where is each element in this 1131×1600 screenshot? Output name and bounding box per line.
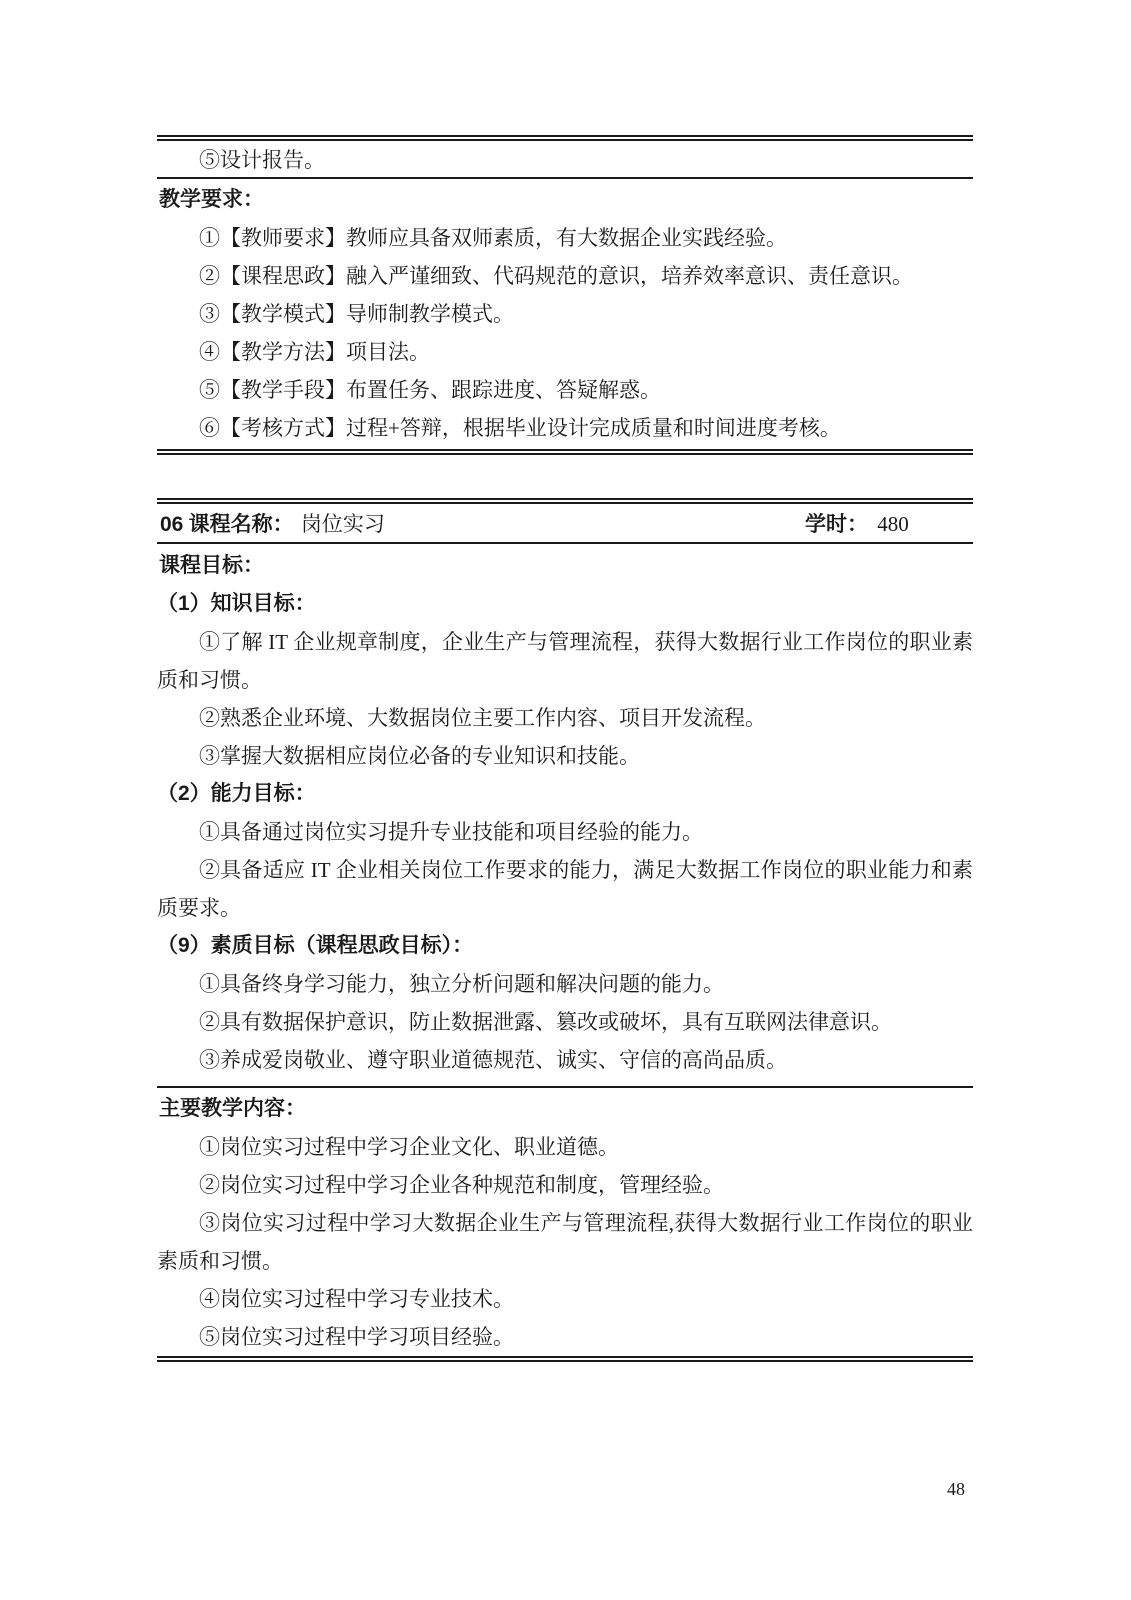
- ability-objectives-title: （2）能力目标：: [157, 775, 973, 813]
- teaching-content-row: 主要教学内容： ①岗位实习过程中学习企业文化、职业道德。 ②岗位实习过程中学习企…: [157, 1088, 973, 1356]
- course-table-previous: ⑤设计报告。 教学要求： ①【教师要求】教师应具备双师素质，有大数据企业实践经验…: [157, 135, 973, 455]
- course-name-value: 岗位实习: [301, 512, 385, 536]
- course-objectives-row: 课程目标： （1）知识目标： ①了解 IT 企业规章制度，企业生产与管理流程，获…: [157, 544, 973, 1088]
- teaching-requirement-item: ⑤【教学手段】布置任务、跟踪进度、答疑解惑。: [157, 371, 973, 409]
- teaching-content-item: ②岗位实习过程中学习企业各种规范和制度，管理经验。: [157, 1166, 973, 1204]
- teaching-requirement-item: ⑥【考核方式】过程+答辩，根据毕业设计完成质量和时间进度考核。: [157, 409, 973, 447]
- teaching-content-heading: 主要教学内容：: [157, 1090, 973, 1128]
- page-number: 48: [941, 1477, 971, 1501]
- section-gap: [157, 455, 973, 498]
- quality-objective-item: ③养成爱岗敬业、遵守职业道德规范、诚实、守信的高尚品质。: [157, 1041, 973, 1079]
- teaching-content-item: ⑤岗位实习过程中学习项目经验。: [157, 1318, 973, 1356]
- hours-label: 学时：: [805, 513, 868, 536]
- quality-objectives-title: （9）素质目标（课程思政目标）：: [157, 927, 973, 965]
- course-hours: 学时： 480: [805, 504, 909, 545]
- knowledge-objectives-title: （1）知识目标：: [157, 585, 973, 623]
- quality-objective-item: ①具备终身学习能力，独立分析问题和解决问题的能力。: [157, 965, 973, 1003]
- quality-objective-item: ②具有数据保护意识，防止数据泄露、篡改或破坏，具有互联网法律意识。: [157, 1003, 973, 1041]
- teaching-requirements-row: 教学要求： ①【教师要求】教师应具备双师素质，有大数据企业实践经验。 ②【课程思…: [157, 179, 973, 449]
- assessment-tail-item: ⑤设计报告。: [157, 141, 973, 179]
- teaching-requirement-item: ③【教学模式】导师制教学模式。: [157, 295, 973, 333]
- ability-objective-item: ①具备通过岗位实习提升专业技能和项目经验的能力。: [157, 813, 973, 851]
- ability-objective-item: ②具备适应 IT 企业相关岗位工作要求的能力，满足大数据工作岗位的职业能力和素质…: [157, 851, 973, 927]
- course-objectives-heading: 课程目标：: [157, 547, 973, 585]
- teaching-requirement-item: ④【教学方法】项目法。: [157, 333, 973, 371]
- teaching-content-item: ④岗位实习过程中学习专业技术。: [157, 1280, 973, 1318]
- hours-value: 480: [877, 512, 909, 536]
- knowledge-objective-item: ③掌握大数据相应岗位必备的专业知识和技能。: [157, 737, 973, 775]
- course-name-label: 课程名称：: [189, 513, 294, 536]
- course-number: 06: [157, 513, 183, 536]
- teaching-requirements-heading: 教学要求：: [157, 181, 973, 219]
- teaching-content-item: ③岗位实习过程中学习大数据企业生产与管理流程,获得大数据行业工作岗位的职业素质和…: [157, 1204, 973, 1280]
- page-content: ⑤设计报告。 教学要求： ①【教师要求】教师应具备双师素质，有大数据企业实践经验…: [157, 135, 973, 1362]
- teaching-content-item: ①岗位实习过程中学习企业文化、职业道德。: [157, 1128, 973, 1166]
- document-page: ⑤设计报告。 教学要求： ①【教师要求】教师应具备双师素质，有大数据企业实践经验…: [0, 0, 1131, 1600]
- teaching-requirement-item: ②【课程思政】融入严谨细致、代码规范的意识，培养效率意识、责任意识。: [157, 257, 973, 295]
- knowledge-objective-item: ①了解 IT 企业规章制度，企业生产与管理流程，获得大数据行业工作岗位的职业素质…: [157, 623, 973, 699]
- knowledge-objective-item: ②熟悉企业环境、大数据岗位主要工作内容、项目开发流程。: [157, 699, 973, 737]
- course-header-row: 06 课程名称： 岗位实习 学时： 480: [157, 504, 973, 544]
- teaching-requirement-item: ①【教师要求】教师应具备双师素质，有大数据企业实践经验。: [157, 219, 973, 257]
- assessment-tail-row: ⑤设计报告。: [157, 141, 973, 179]
- course-table-06: 06 课程名称： 岗位实习 学时： 480 课程目标： （1）知识目标： ①了解…: [157, 498, 973, 1362]
